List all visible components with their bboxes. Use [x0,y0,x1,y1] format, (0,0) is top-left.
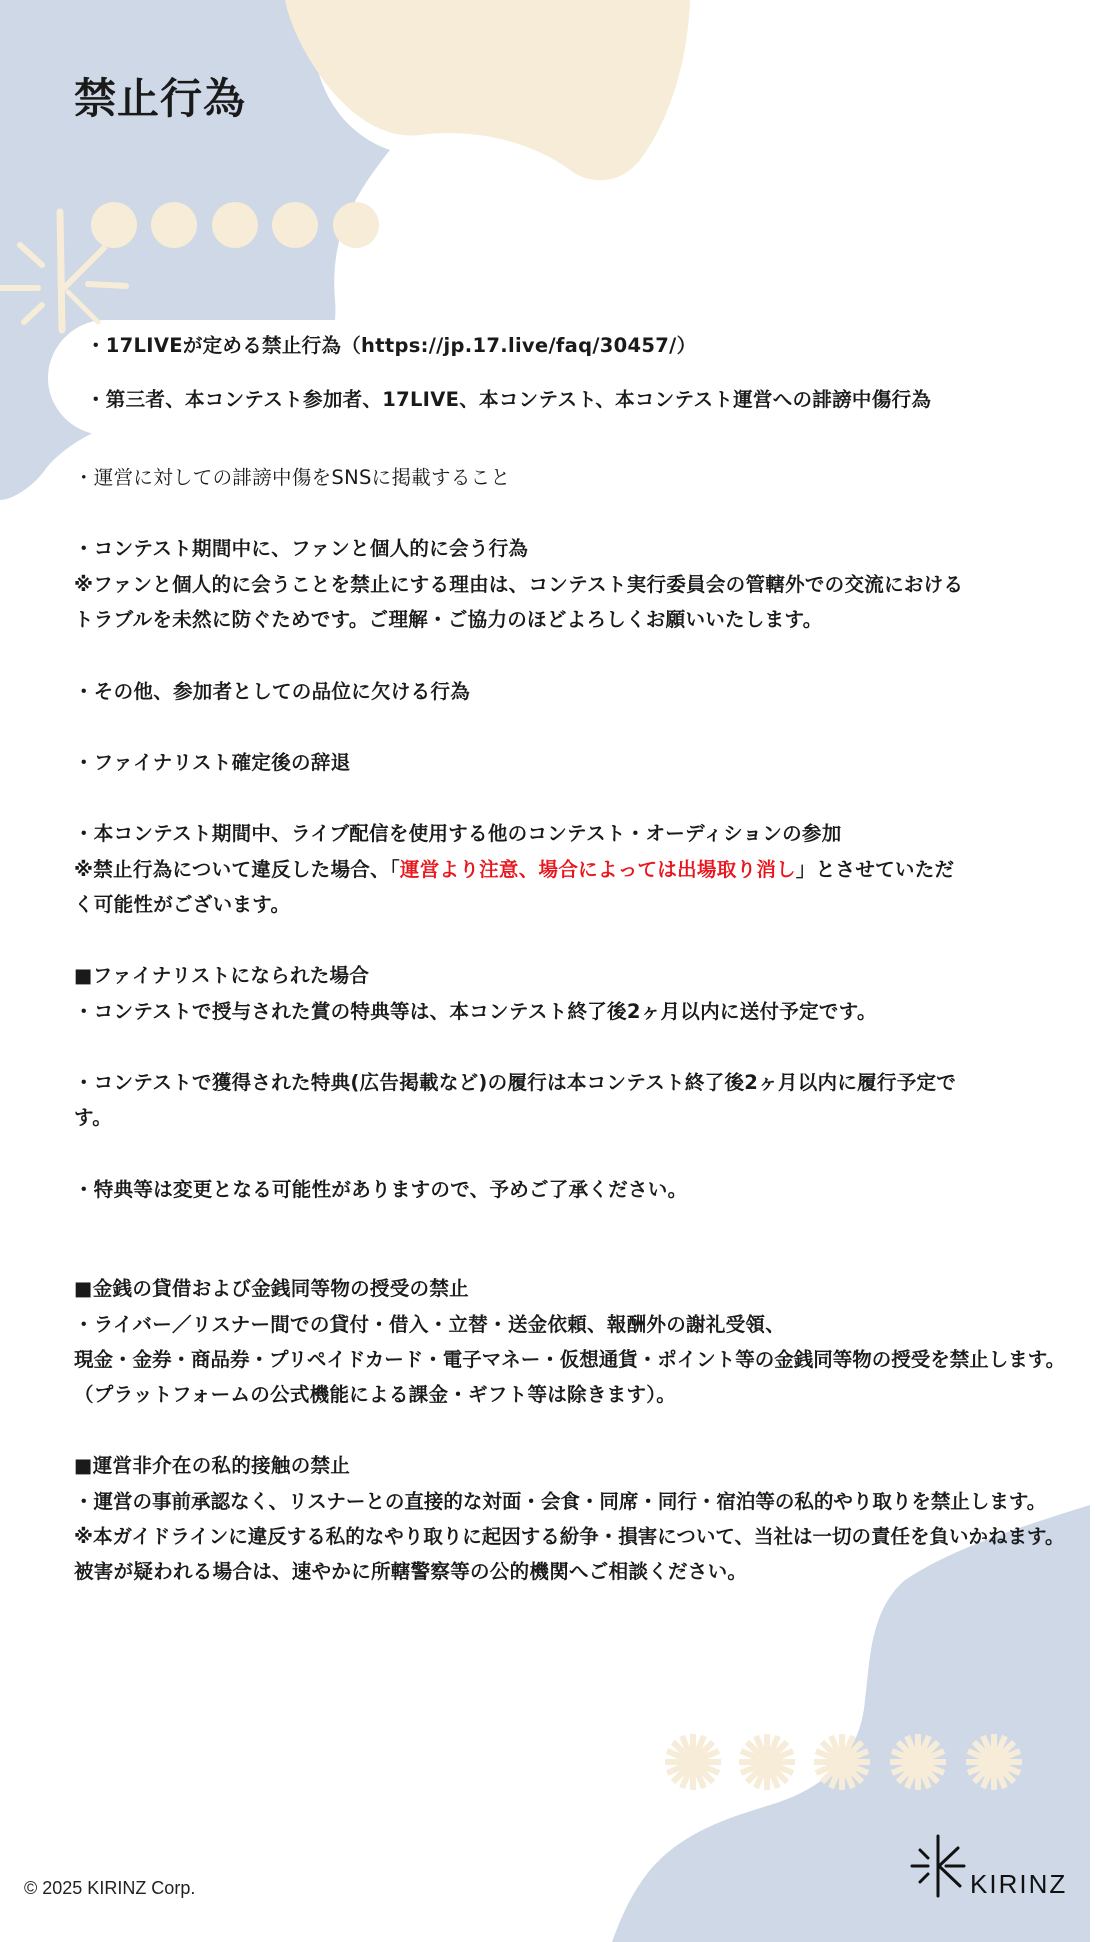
private-contact-line3: 被害が疑われる場合は、速やかに所轄警察等の公的機関へご相談ください。 [74,1558,747,1586]
violation-note-line2: く可能性がございます。 [74,891,290,919]
prohibited-item-withdrawal: ・ファイナリスト確定後の辞退 [74,749,350,777]
prohibited-item-meet-fans: ・コンテスト期間中に、ファンと個人的に会う行為 [74,535,528,563]
finalist-heading: ■ファイナリストになられた場合 [74,962,369,990]
money-heading: ■金銭の貸借および金銭同等物の授受の禁止 [74,1275,469,1303]
private-contact-line1: ・運営の事前承認なく、リスナーとの直接的な対面・会食・同席・同行・宿泊等の私的や… [74,1488,1046,1516]
finalist-item-benefits-line1: ・コンテストで獲得された特典(広告掲載など)の履行は本コンテスト終了後2ヶ月以内… [74,1069,956,1097]
kirinz-logo: KIRINZ [908,1834,1067,1898]
prohibited-item-dignity: ・その他、参加者としての品位に欠ける行為 [74,678,470,706]
private-contact-line2: ※本ガイドラインに違反する私的なやり取りに起因する紛争・損害について、当社は一切… [74,1523,1064,1551]
meet-fans-note-line1: ※ファンと個人的に会うことを禁止にする理由は、コンテスト実行委員会の管轄外での交… [74,571,963,599]
violation-penalty-highlight: 運営より注意、場合によっては出場取り消し [400,858,796,881]
finalist-item-prize-delivery: ・コンテストで授与された賞の特典等は、本コンテスト終了後2ヶ月以内に送付予定です… [74,998,877,1026]
finalist-item-benefits-line2: す。 [74,1104,112,1132]
page-title: 禁止行為 [74,66,246,126]
finalist-item-change-notice: ・特典等は変更となる可能性がありますので、予めご了承ください。 [74,1176,687,1204]
violation-prefix: ※禁止行為について違反した場合、「 [74,858,400,881]
meet-fans-note-line2: トラブルを未然に防ぐためです。ご理解・ご協力のほどよろしくお願いいたします。 [74,606,823,634]
prohibited-item-other-contest: ・本コンテスト期間中、ライブ配信を使用する他のコンテスト・オーディションの参加 [74,820,842,848]
money-line1: ・ライバー／リスナー間での貸付・借入・立替・送金依頼、報酬外の謝礼受領、 [74,1311,785,1339]
private-contact-heading: ■運営非介在の私的接触の禁止 [74,1452,350,1480]
prohibited-item-17live: ・17LIVEが定める禁止行為（https://jp.17.live/faq/3… [86,332,696,360]
logo-wordmark: KIRINZ [970,1869,1067,1900]
kirinz-sparkle-icon [908,1834,968,1898]
money-line2: 現金・金券・商品券・プリペイドカード・電子マネー・仮想通貨・ポイント等の金銭同等… [74,1346,1065,1374]
prohibited-item-sns: ・運営に対しての誹謗中傷をSNSに掲載すること [74,464,510,492]
prohibited-item-defamation: ・第三者、本コンテスト参加者、17LIVE、本コンテスト、本コンテスト運営への誹… [86,386,931,414]
violation-note-line1: ※禁止行為について違反した場合、「運営より注意、場合によっては出場取り消し」とさ… [74,856,954,884]
money-line3: （プラットフォームの公式機能による課金・ギフト等は除きます）。 [74,1381,676,1409]
copyright: © 2025 KIRINZ Corp. [24,1878,195,1899]
violation-suffix: 」とさせていただ [796,858,954,881]
